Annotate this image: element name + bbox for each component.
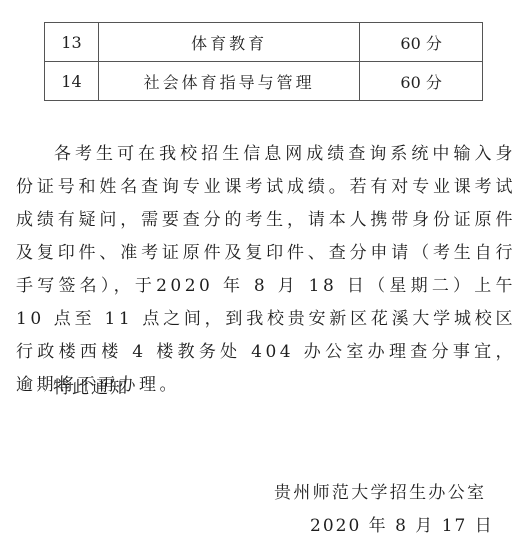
issuer-signature: 贵州师范大学招生办公室	[274, 477, 486, 510]
notice-paragraph: 各考生可在我校招生信息网成绩查询系统中输入身份证号和姓名查询专业课考试成绩。若有…	[16, 138, 516, 402]
major-name: 体育教育	[98, 23, 359, 62]
passing-score: 60 分	[360, 62, 483, 101]
row-number: 14	[45, 62, 99, 101]
notice-body: 各考生可在我校招生信息网成绩查询系统中输入身份证号和姓名查询专业课考试成绩。若有…	[16, 138, 516, 402]
table-row: 13 体育教育 60 分	[45, 23, 483, 62]
row-number: 13	[45, 23, 99, 62]
table-row: 14 社会体育指导与管理 60 分	[45, 62, 483, 101]
score-table: 13 体育教育 60 分 14 社会体育指导与管理 60 分	[44, 22, 483, 101]
major-name: 社会体育指导与管理	[98, 62, 359, 101]
passing-score: 60 分	[360, 23, 483, 62]
issue-date: 2020 年 8 月 17 日	[310, 510, 494, 543]
closing-remark: 特此通知	[53, 372, 129, 405]
